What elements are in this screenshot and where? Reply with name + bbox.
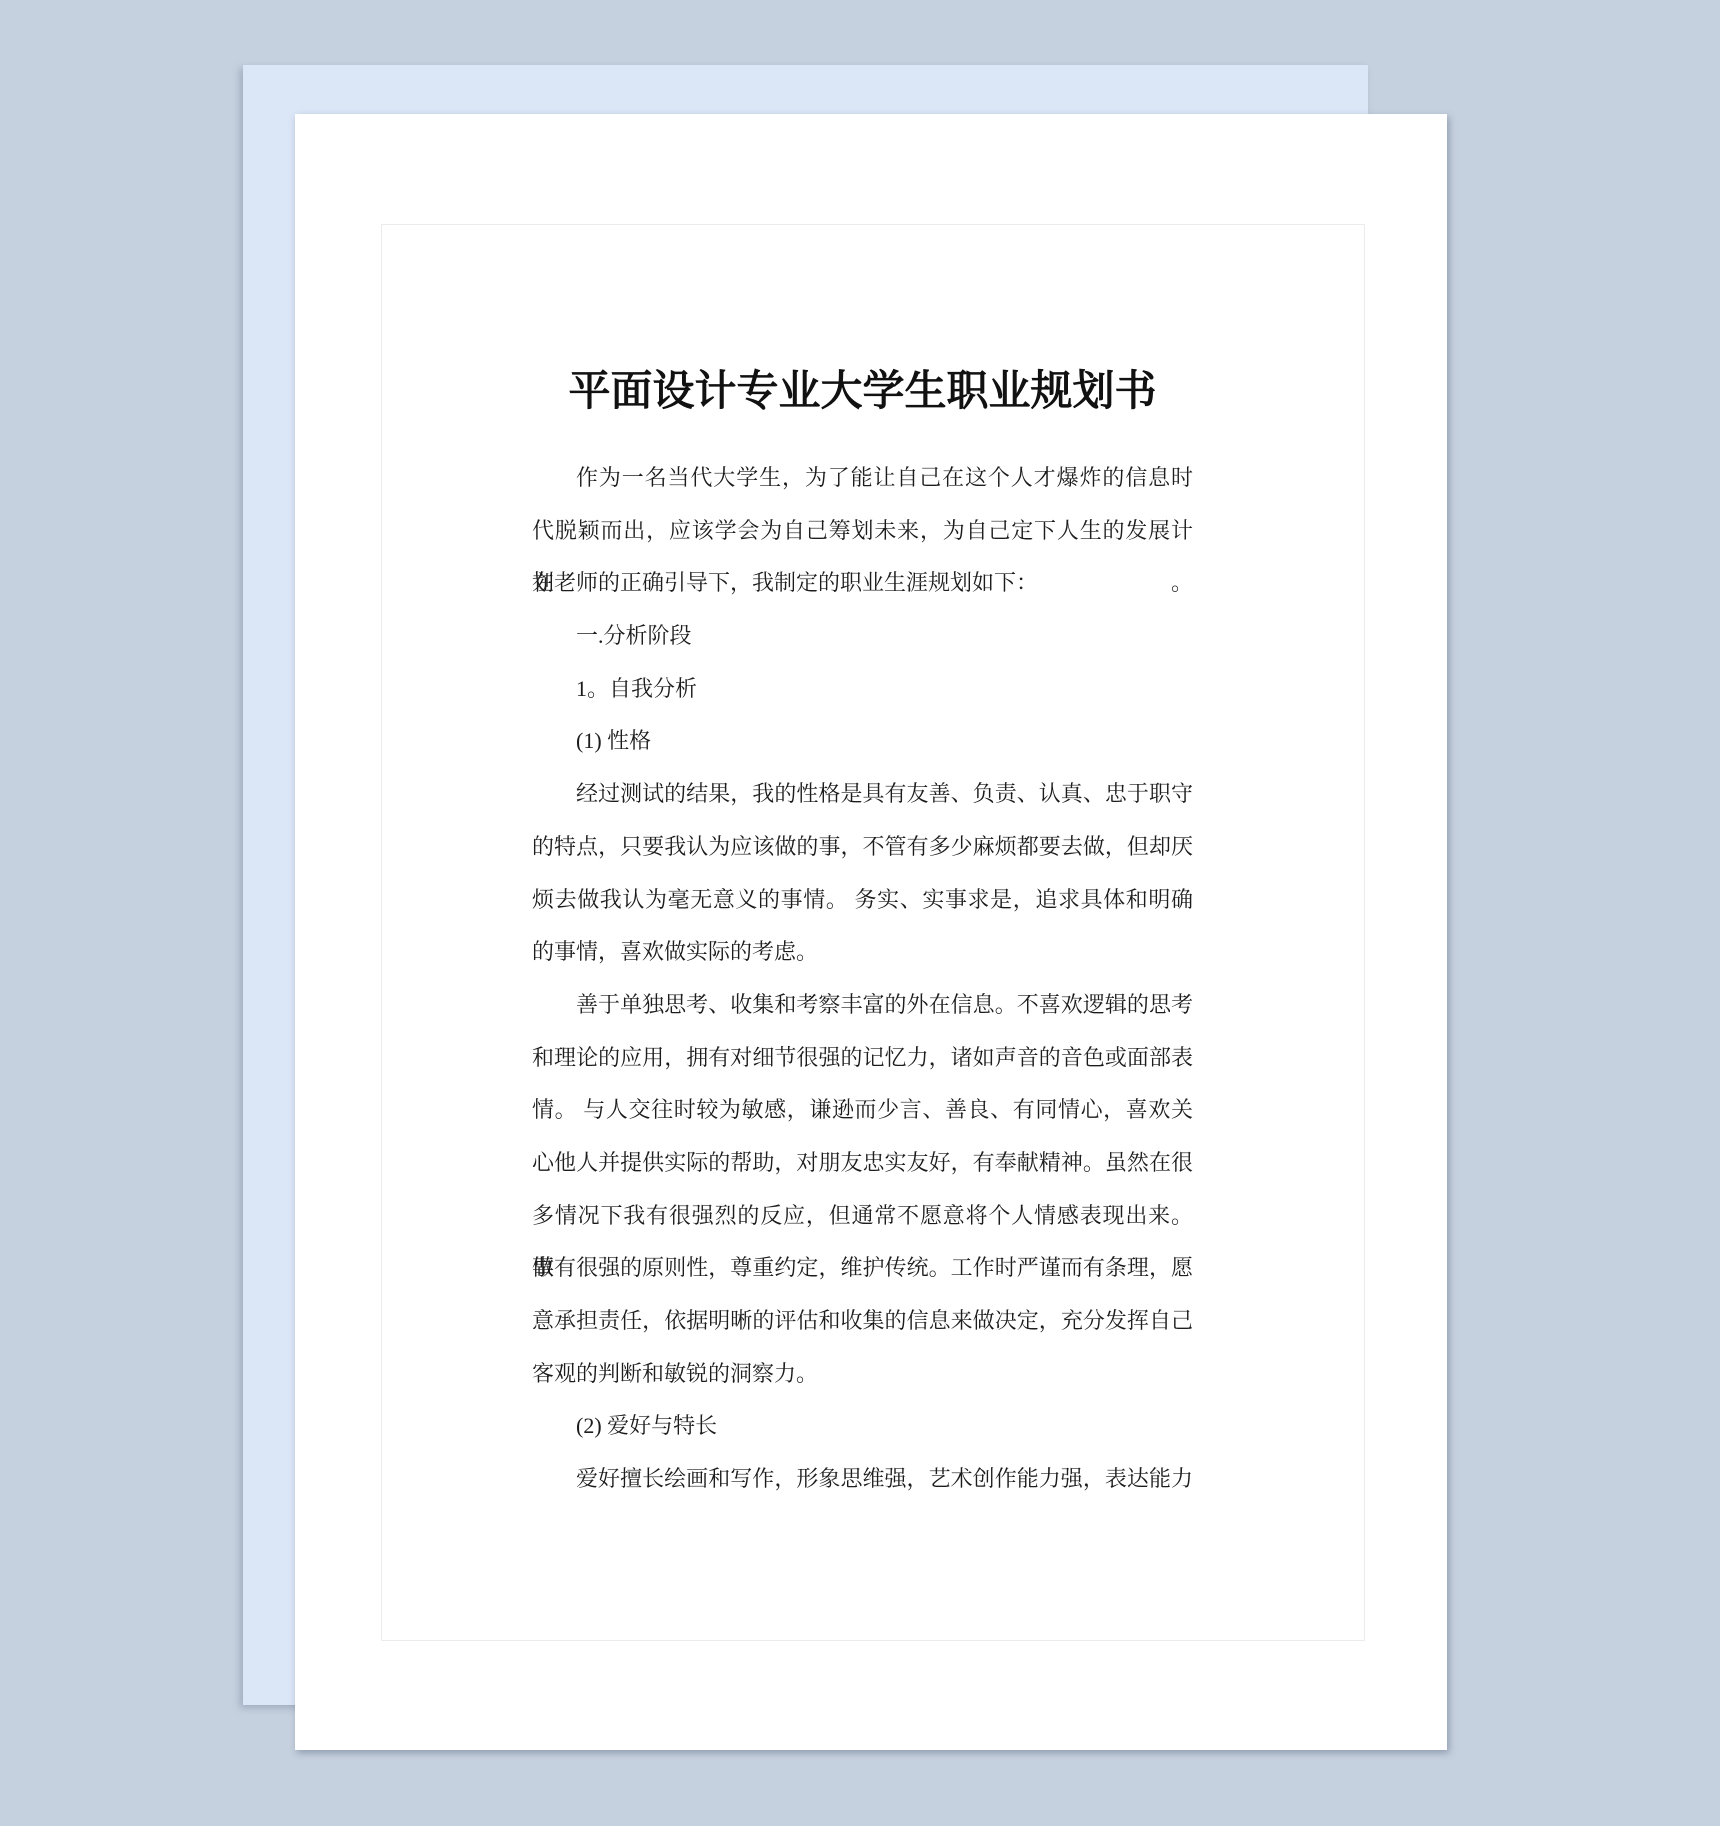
text-line: 的事情，喜欢做实际的考虑。 (532, 926, 1193, 979)
text-line: 和理论的应用，拥有对细节很强的记忆力，诸如声音的音色或面部表 (532, 1032, 1193, 1085)
text-line: (2) 爱好与特长 (532, 1400, 1193, 1453)
text-line: 多情况下我有很强烈的反应，但通常不愿意将个人情感表现出来。 做 (532, 1190, 1193, 1243)
text-line: 爱好擅长绘画和写作，形象思维强，艺术创作能力强，表达能力 (532, 1453, 1193, 1506)
text-line: 一.分析阶段 (532, 610, 1193, 663)
text-line: 烦去做我认为毫无意义的事情。 务实、实事求是，追求具体和明确 (532, 874, 1193, 927)
text-line: 善于单独思考、收集和考察丰富的外在信息。不喜欢逻辑的思考 (532, 979, 1193, 1032)
document-title: 平面设计专业大学生职业规划书 (532, 362, 1193, 422)
text-line: 作为一名当代大学生，为了能让自己在这个人才爆炸的信息时 (532, 452, 1193, 505)
text-line: 经过测试的结果，我的性格是具有友善、负责、认真、忠于职守 (532, 768, 1193, 821)
document-body: 作为一名当代大学生，为了能让自己在这个人才爆炸的信息时代脱颖而出，应该学会为自己… (532, 452, 1193, 1506)
text-line: (1) 性格 (532, 715, 1193, 768)
text-line: 事有很强的原则性，尊重约定，维护传统。工作时严谨而有条理，愿 (532, 1242, 1193, 1295)
text-line: 意承担责任，依据明晰的评估和收集的信息来做决定，充分发挥自己 (532, 1295, 1193, 1348)
document-page: 平面设计专业大学生职业规划书 作为一名当代大学生，为了能让自己在这个人才爆炸的信… (295, 114, 1447, 1750)
text-line: 客观的判断和敏锐的洞察力。 (532, 1348, 1193, 1401)
text-line: 代脱颖而出，应该学会为自己筹划未来，为自己定下人生的发展计划。 (532, 505, 1193, 558)
text-line: 1。自我分析 (532, 663, 1193, 716)
text-line: 心他人并提供实际的帮助，对朋友忠实友好，有奉献精神。虽然在很 (532, 1137, 1193, 1190)
text-line: 的特点，只要我认为应该做的事，不管有多少麻烦都要去做，但却厌 (532, 821, 1193, 874)
text-line: 情。 与人交往时较为敏感，谦逊而少言、善良、有同情心，喜欢关 (532, 1084, 1193, 1137)
